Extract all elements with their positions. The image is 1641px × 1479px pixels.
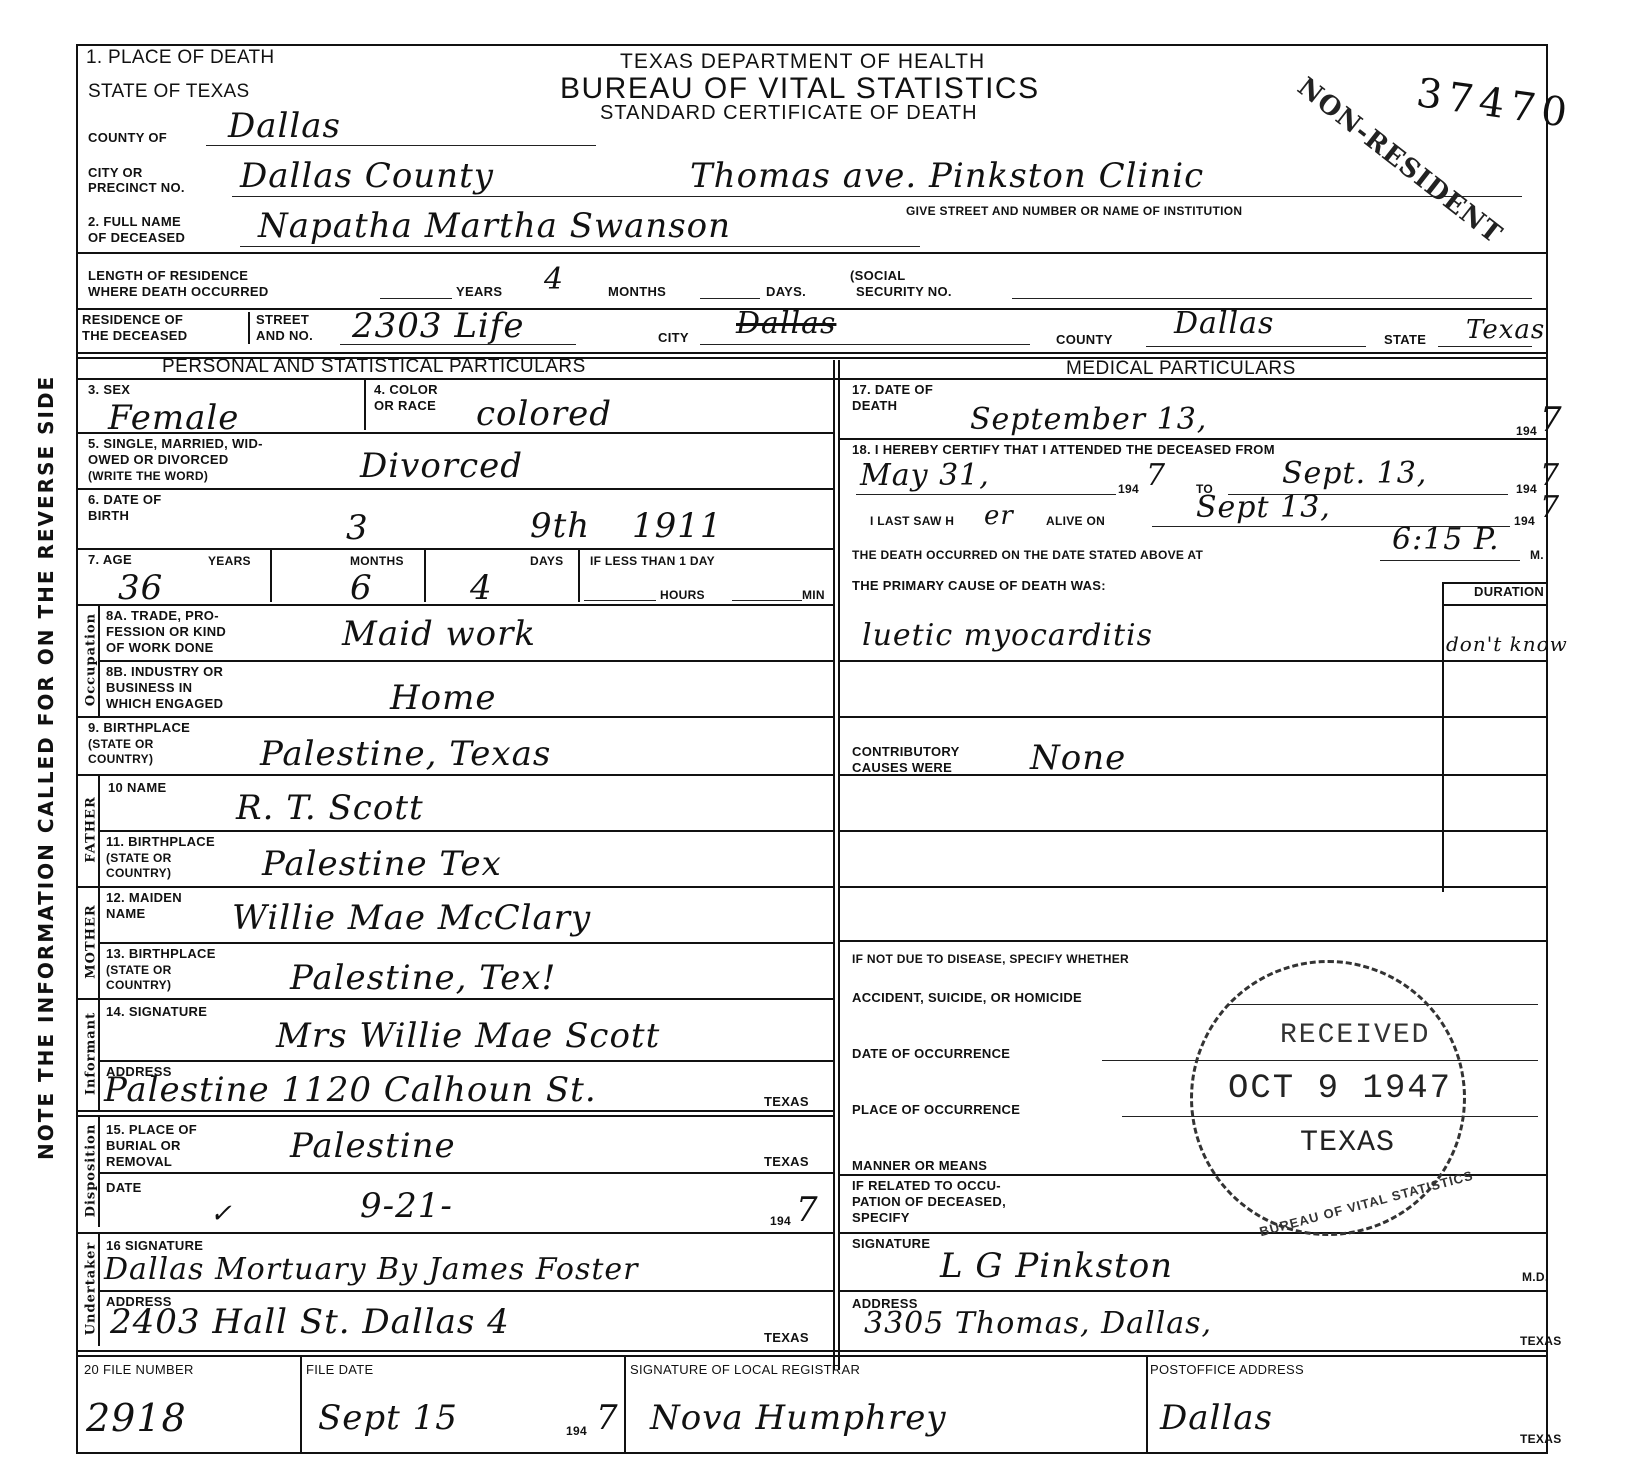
occurred-time: 6:15 P.: [1392, 522, 1500, 558]
burial-label-1: 15. PLACE OF: [106, 1122, 197, 1137]
attended-from-underline: [856, 494, 1116, 495]
residence-street-value: 2303 Life: [352, 308, 525, 344]
age-days-label: DAYS: [530, 554, 563, 568]
mother-bp-label-3: COUNTRY): [106, 978, 171, 992]
birthplace-label-2: (STATE OR: [88, 737, 154, 751]
postoffice-texas: TEXAS: [1520, 1432, 1562, 1446]
dob-label-2: BIRTH: [88, 508, 129, 523]
file-date-year-prefix: 194: [566, 1424, 587, 1438]
dob-year: 1911: [632, 508, 723, 544]
last-saw-year-prefix: 194: [1514, 514, 1535, 528]
age-lt-day-label: IF LESS THAN 1 DAY: [590, 554, 715, 568]
deceased-name: Napatha Martha Swanson: [258, 208, 731, 244]
dob-label-1: 6. DATE OF: [88, 492, 162, 507]
city-underline: [232, 196, 1522, 197]
race-label-1: 4. COLOR: [374, 382, 438, 397]
attended-from-year-suffix: 7: [1146, 458, 1166, 494]
street-underline: [340, 344, 576, 345]
informant-sig-value: Mrs Willie Mae Scott: [276, 1018, 660, 1054]
file-date-value: Sept 15: [318, 1400, 458, 1436]
place-of-death-label: 1. PLACE OF DEATH: [86, 50, 274, 66]
father-bp-value: Palestine Tex: [262, 846, 502, 882]
dod-value: September 13,: [970, 402, 1207, 438]
ssn-label-1: (SOCIAL: [850, 268, 906, 283]
divider: [76, 252, 1546, 254]
physician-addr-value: 3305 Thomas, Dallas,: [864, 1306, 1212, 1342]
residence-divider: [248, 312, 250, 344]
divider: [76, 1232, 833, 1234]
industry-value: Home: [390, 680, 496, 716]
father-bp-label-2: (STATE OR: [106, 851, 172, 865]
min-label: MIN: [802, 588, 825, 602]
divider: [840, 886, 1546, 888]
burial-value: Palestine: [290, 1128, 456, 1164]
age-years-label: YEARS: [208, 554, 251, 568]
stamp-date: OCT 9 1947: [1228, 1070, 1452, 1108]
trade-value: Maid work: [342, 616, 536, 652]
city-value: Dallas County: [240, 158, 494, 194]
informant-tab: Informant: [84, 999, 99, 1109]
medical-section-title: MEDICAL PARTICULARS: [1066, 358, 1296, 380]
birthplace-value: Palestine, Texas: [260, 736, 551, 772]
divider: [840, 940, 1546, 942]
place-occ-label: PLACE OF OCCURRENCE: [852, 1102, 1020, 1117]
last-saw-year-suffix: 7: [1540, 490, 1560, 526]
father-name-label: 10 NAME: [108, 780, 166, 795]
age-label: 7. AGE: [88, 552, 132, 567]
undertaker-addr-value: 2403 Hall St. Dallas 4: [110, 1304, 510, 1340]
months-label: MONTHS: [608, 284, 666, 299]
last-saw-pronoun: er: [984, 498, 1014, 534]
age-months-value: 6: [350, 570, 373, 606]
dob-day: 9th: [530, 508, 590, 544]
trade-label-2: FESSION OR KIND: [106, 624, 226, 639]
reg-divider-3: [1146, 1356, 1148, 1452]
years-label: YEARS: [456, 284, 502, 299]
birthplace-label-3: COUNTRY): [88, 752, 153, 766]
file-date-year-suffix: 7: [596, 1400, 619, 1436]
age-divider-2: [424, 550, 426, 602]
res-city-value: Dallas: [736, 306, 836, 342]
divider: [76, 488, 833, 490]
burial-date-check: ✓: [210, 1196, 233, 1232]
informant-sig-label: 14. SIGNATURE: [106, 1004, 207, 1019]
days-label: DAYS.: [766, 284, 806, 299]
divider: [98, 830, 833, 832]
burial-date-label: DATE: [106, 1180, 142, 1195]
mother-tab: MOTHER: [84, 887, 99, 997]
sex-label: 3. SEX: [88, 382, 130, 397]
name-underline: [240, 246, 920, 247]
center-divider-1: [833, 360, 835, 1370]
divider: [76, 604, 833, 606]
postoffice-value: Dallas: [1160, 1400, 1273, 1436]
certify-label: 18. I HEREBY CERTIFY THAT I ATTENDED THE…: [852, 442, 1275, 457]
race-value: colored: [476, 396, 612, 432]
attended-from-year-prefix: 194: [1118, 482, 1139, 496]
physician-sig-value: L G Pinkston: [940, 1248, 1173, 1284]
divider: [76, 1355, 1546, 1357]
certificate-number: 37470: [1414, 70, 1576, 137]
occu-label-2: PATION OF DECEASED,: [852, 1194, 1006, 1209]
reg-divider-1: [300, 1356, 302, 1452]
accident-label: ACCIDENT, SUICIDE, OR HOMICIDE: [852, 990, 1082, 1005]
father-bp-label-3: COUNTRY): [106, 866, 171, 880]
divider: [840, 830, 1546, 832]
burial-year-prefix: 194: [770, 1214, 791, 1228]
county-value: Dallas: [228, 108, 341, 144]
state-of-texas-label: STATE OF TEXAS: [88, 84, 250, 100]
city-label-1: CITY OR: [88, 165, 143, 180]
disposition-tab: Disposition: [84, 1116, 99, 1226]
mother-bp-label-1: 13. BIRTHPLACE: [106, 946, 216, 961]
registrar-sig-value: Nova Humphrey: [650, 1400, 947, 1436]
contrib-label-1: CONTRIBUTORY: [852, 744, 960, 759]
dob-month: 3: [346, 510, 369, 546]
postoffice-label: POSTOFFICE ADDRESS: [1150, 1362, 1304, 1377]
residence-length-label-1: LENGTH OF RESIDENCE: [88, 268, 248, 283]
attended-from: May 31,: [860, 458, 990, 494]
marital-label-2: OWED OR DIVORCED: [88, 452, 229, 467]
occurred-m: M.: [1530, 548, 1544, 562]
section-header-rule: [76, 378, 1546, 380]
hours-label: HOURS: [660, 588, 705, 602]
undertaker-sig-label: 16 SIGNATURE: [106, 1238, 203, 1253]
divider: [840, 716, 1546, 718]
registrar-sig-label: SIGNATURE OF LOCAL REGISTRAR: [630, 1362, 860, 1377]
frame-bottom: [76, 1452, 1548, 1454]
attended-to-year-prefix: 194: [1516, 482, 1537, 496]
divider: [76, 1350, 1546, 1352]
occupation-tab: Occupation: [84, 605, 99, 715]
birthplace-label-1: 9. BIRTHPLACE: [88, 720, 190, 735]
divider: [98, 1060, 833, 1062]
father-tab: FATHER: [84, 775, 99, 885]
age-days-value: 4: [470, 570, 493, 606]
days-underline: [700, 298, 760, 299]
divider: [98, 942, 833, 944]
date-occ-label: DATE OF OCCURRENCE: [852, 1046, 1010, 1061]
undertaker-texas: TEXAS: [764, 1330, 809, 1345]
informant-texas: TEXAS: [764, 1094, 809, 1109]
mother-name-label-1: 12. MAIDEN: [106, 890, 182, 905]
divider: [76, 716, 833, 718]
dod-label-2: DEATH: [852, 398, 897, 413]
res-state-value: Texas: [1466, 312, 1545, 348]
informant-addr-value: Palestine 1120 Calhoun St.: [104, 1072, 597, 1108]
attended-to-year-suffix: 7: [1540, 458, 1560, 494]
last-saw-label-2: ALIVE ON: [1046, 514, 1105, 528]
city-label-2: PRECINCT NO.: [88, 180, 185, 195]
divider: [76, 774, 833, 776]
father-bp-label-1: 11. BIRTHPLACE: [106, 834, 215, 849]
hours-underline: [584, 600, 656, 601]
residence-label-2: THE DECEASED: [82, 328, 187, 343]
personal-section-title: PERSONAL AND STATISTICAL PARTICULARS: [162, 356, 586, 378]
res-county-underline: [1146, 346, 1366, 347]
center-divider-2: [838, 360, 840, 1370]
md-label: M.D.: [1522, 1270, 1549, 1284]
res-city-label: CITY: [658, 330, 689, 345]
undertaker-tab: Undertaker: [84, 1234, 99, 1344]
county-label: COUNTY OF: [88, 130, 167, 145]
occurred-label: THE DEATH OCCURRED ON THE DATE STATED AB…: [852, 548, 1203, 562]
divider: [840, 438, 1546, 440]
duration-value: don't know: [1446, 626, 1568, 662]
contrib-label-2: CAUSES WERE: [852, 760, 952, 775]
marital-label-3: (WRITE THE WORD): [88, 469, 208, 483]
form-title: STANDARD CERTIFICATE OF DEATH: [600, 102, 978, 125]
frame-top: [76, 44, 1546, 46]
institution-value: Thomas ave. Pinkston Clinic: [690, 158, 1204, 194]
duration-label: DURATION: [1474, 584, 1544, 599]
months-value: 4: [544, 262, 564, 298]
occu-label-1: IF RELATED TO OCCU-: [852, 1178, 1001, 1193]
marital-label-1: 5. SINGLE, MARRIED, WID-: [88, 436, 263, 451]
divider: [76, 998, 833, 1000]
trade-label-1: 8A. TRADE, PRO-: [106, 608, 219, 623]
industry-label-1: 8B. INDUSTRY OR: [106, 664, 223, 679]
frame-right: [1546, 44, 1548, 1454]
physician-sig-label: SIGNATURE: [852, 1236, 930, 1251]
divider: [840, 774, 1546, 776]
bureau-title: BUREAU OF VITAL STATISTICS: [560, 72, 1040, 106]
dept-title: TEXAS DEPARTMENT OF HEALTH: [620, 50, 985, 74]
physician-texas: TEXAS: [1520, 1334, 1562, 1348]
res-city-underline: [700, 344, 1030, 345]
sex-race-divider: [364, 380, 366, 430]
duration-divider: [1442, 582, 1444, 892]
race-label-2: OR RACE: [374, 398, 436, 413]
double-rule-1: [76, 352, 1546, 354]
marital-value: Divorced: [360, 448, 523, 484]
last-saw-value: Sept 13,: [1196, 490, 1331, 526]
residence-label-1: RESIDENCE OF: [82, 312, 183, 327]
stamp-status: RECEIVED: [1280, 1020, 1430, 1051]
res-county-label: COUNTY: [1056, 332, 1113, 347]
res-county-value: Dallas: [1174, 306, 1274, 342]
mother-name-label-2: NAME: [106, 906, 145, 921]
divider: [98, 660, 833, 662]
not-disease-label: IF NOT DUE TO DISEASE, SPECIFY WHETHER: [852, 952, 1129, 966]
age-months-label: MONTHS: [350, 554, 404, 568]
primary-cause-label: THE PRIMARY CAUSE OF DEATH WAS:: [852, 578, 1106, 593]
reg-divider-2: [624, 1356, 626, 1452]
father-name-value: R. T. Scott: [236, 790, 424, 826]
file-number-label: 20 FILE NUMBER: [84, 1362, 194, 1377]
age-divider-1: [270, 550, 272, 602]
industry-label-3: WHICH ENGAGED: [106, 696, 223, 711]
divider: [76, 432, 833, 434]
years-underline: [380, 298, 452, 299]
ssn-label-2: SECURITY NO.: [856, 284, 952, 299]
duration-rule: [1442, 604, 1546, 606]
last-saw-label-1: I LAST SAW H: [870, 514, 954, 528]
divider: [98, 1172, 833, 1174]
undertaker-sig-value: Dallas Mortuary By James Foster: [104, 1252, 639, 1288]
divider: [840, 1290, 1546, 1292]
file-number-value: 2918: [86, 1400, 187, 1436]
residence-length-label-2: WHERE DEATH OCCURRED: [88, 284, 269, 299]
attended-to: Sept. 13,: [1282, 456, 1427, 492]
mother-bp-value: Palestine, Tex!: [290, 960, 556, 996]
dod-year-suffix: 7: [1540, 402, 1563, 438]
trade-label-3: OF WORK DONE: [106, 640, 214, 655]
reverse-side-note: NOTE THE INFORMATION CALLED FOR ON THE R…: [34, 375, 58, 1160]
frame-left: [76, 44, 78, 1454]
burial-date-value: 9-21-: [360, 1188, 453, 1224]
res-state-label: STATE: [1384, 332, 1426, 347]
divider: [76, 886, 833, 888]
burial-texas: TEXAS: [764, 1154, 809, 1169]
file-date-label: FILE DATE: [306, 1362, 373, 1377]
age-years-value: 36: [118, 570, 163, 606]
divider: [840, 660, 1546, 662]
divider: [98, 1290, 833, 1292]
burial-year-suffix: 7: [796, 1192, 819, 1228]
divider: [76, 1115, 833, 1117]
occurred-underline: [1380, 560, 1520, 561]
divider: [840, 1232, 1546, 1234]
mother-name-value: Willie Mae McClary: [232, 900, 591, 936]
street-label-2: AND NO.: [256, 328, 313, 343]
occu-label-3: SPECIFY: [852, 1210, 910, 1225]
name-label-2: OF DECEASED: [88, 230, 185, 245]
dod-year-prefix: 194: [1516, 424, 1537, 438]
divider: [76, 548, 833, 550]
name-label-1: 2. FULL NAME: [88, 214, 181, 229]
age-divider-3: [578, 550, 580, 602]
mother-bp-label-2: (STATE OR: [106, 963, 172, 977]
ssn-underline: [1012, 298, 1532, 299]
institution-hint: GIVE STREET AND NUMBER OR NAME OF INSTIT…: [906, 204, 1242, 218]
manner-label: MANNER OR MEANS: [852, 1158, 987, 1173]
industry-label-2: BUSINESS IN: [106, 680, 192, 695]
stamp-state: TEXAS: [1300, 1126, 1395, 1160]
min-underline: [732, 600, 802, 601]
dod-label-1: 17. DATE OF: [852, 382, 933, 397]
street-label-1: STREET: [256, 312, 309, 327]
burial-label-2: BURIAL OR: [106, 1138, 181, 1153]
sex-value: Female: [108, 400, 239, 436]
divider: [76, 1110, 833, 1112]
burial-label-3: REMOVAL: [106, 1154, 172, 1169]
contrib-value: None: [1030, 740, 1126, 776]
primary-cause-value: luetic myocarditis: [862, 618, 1153, 654]
